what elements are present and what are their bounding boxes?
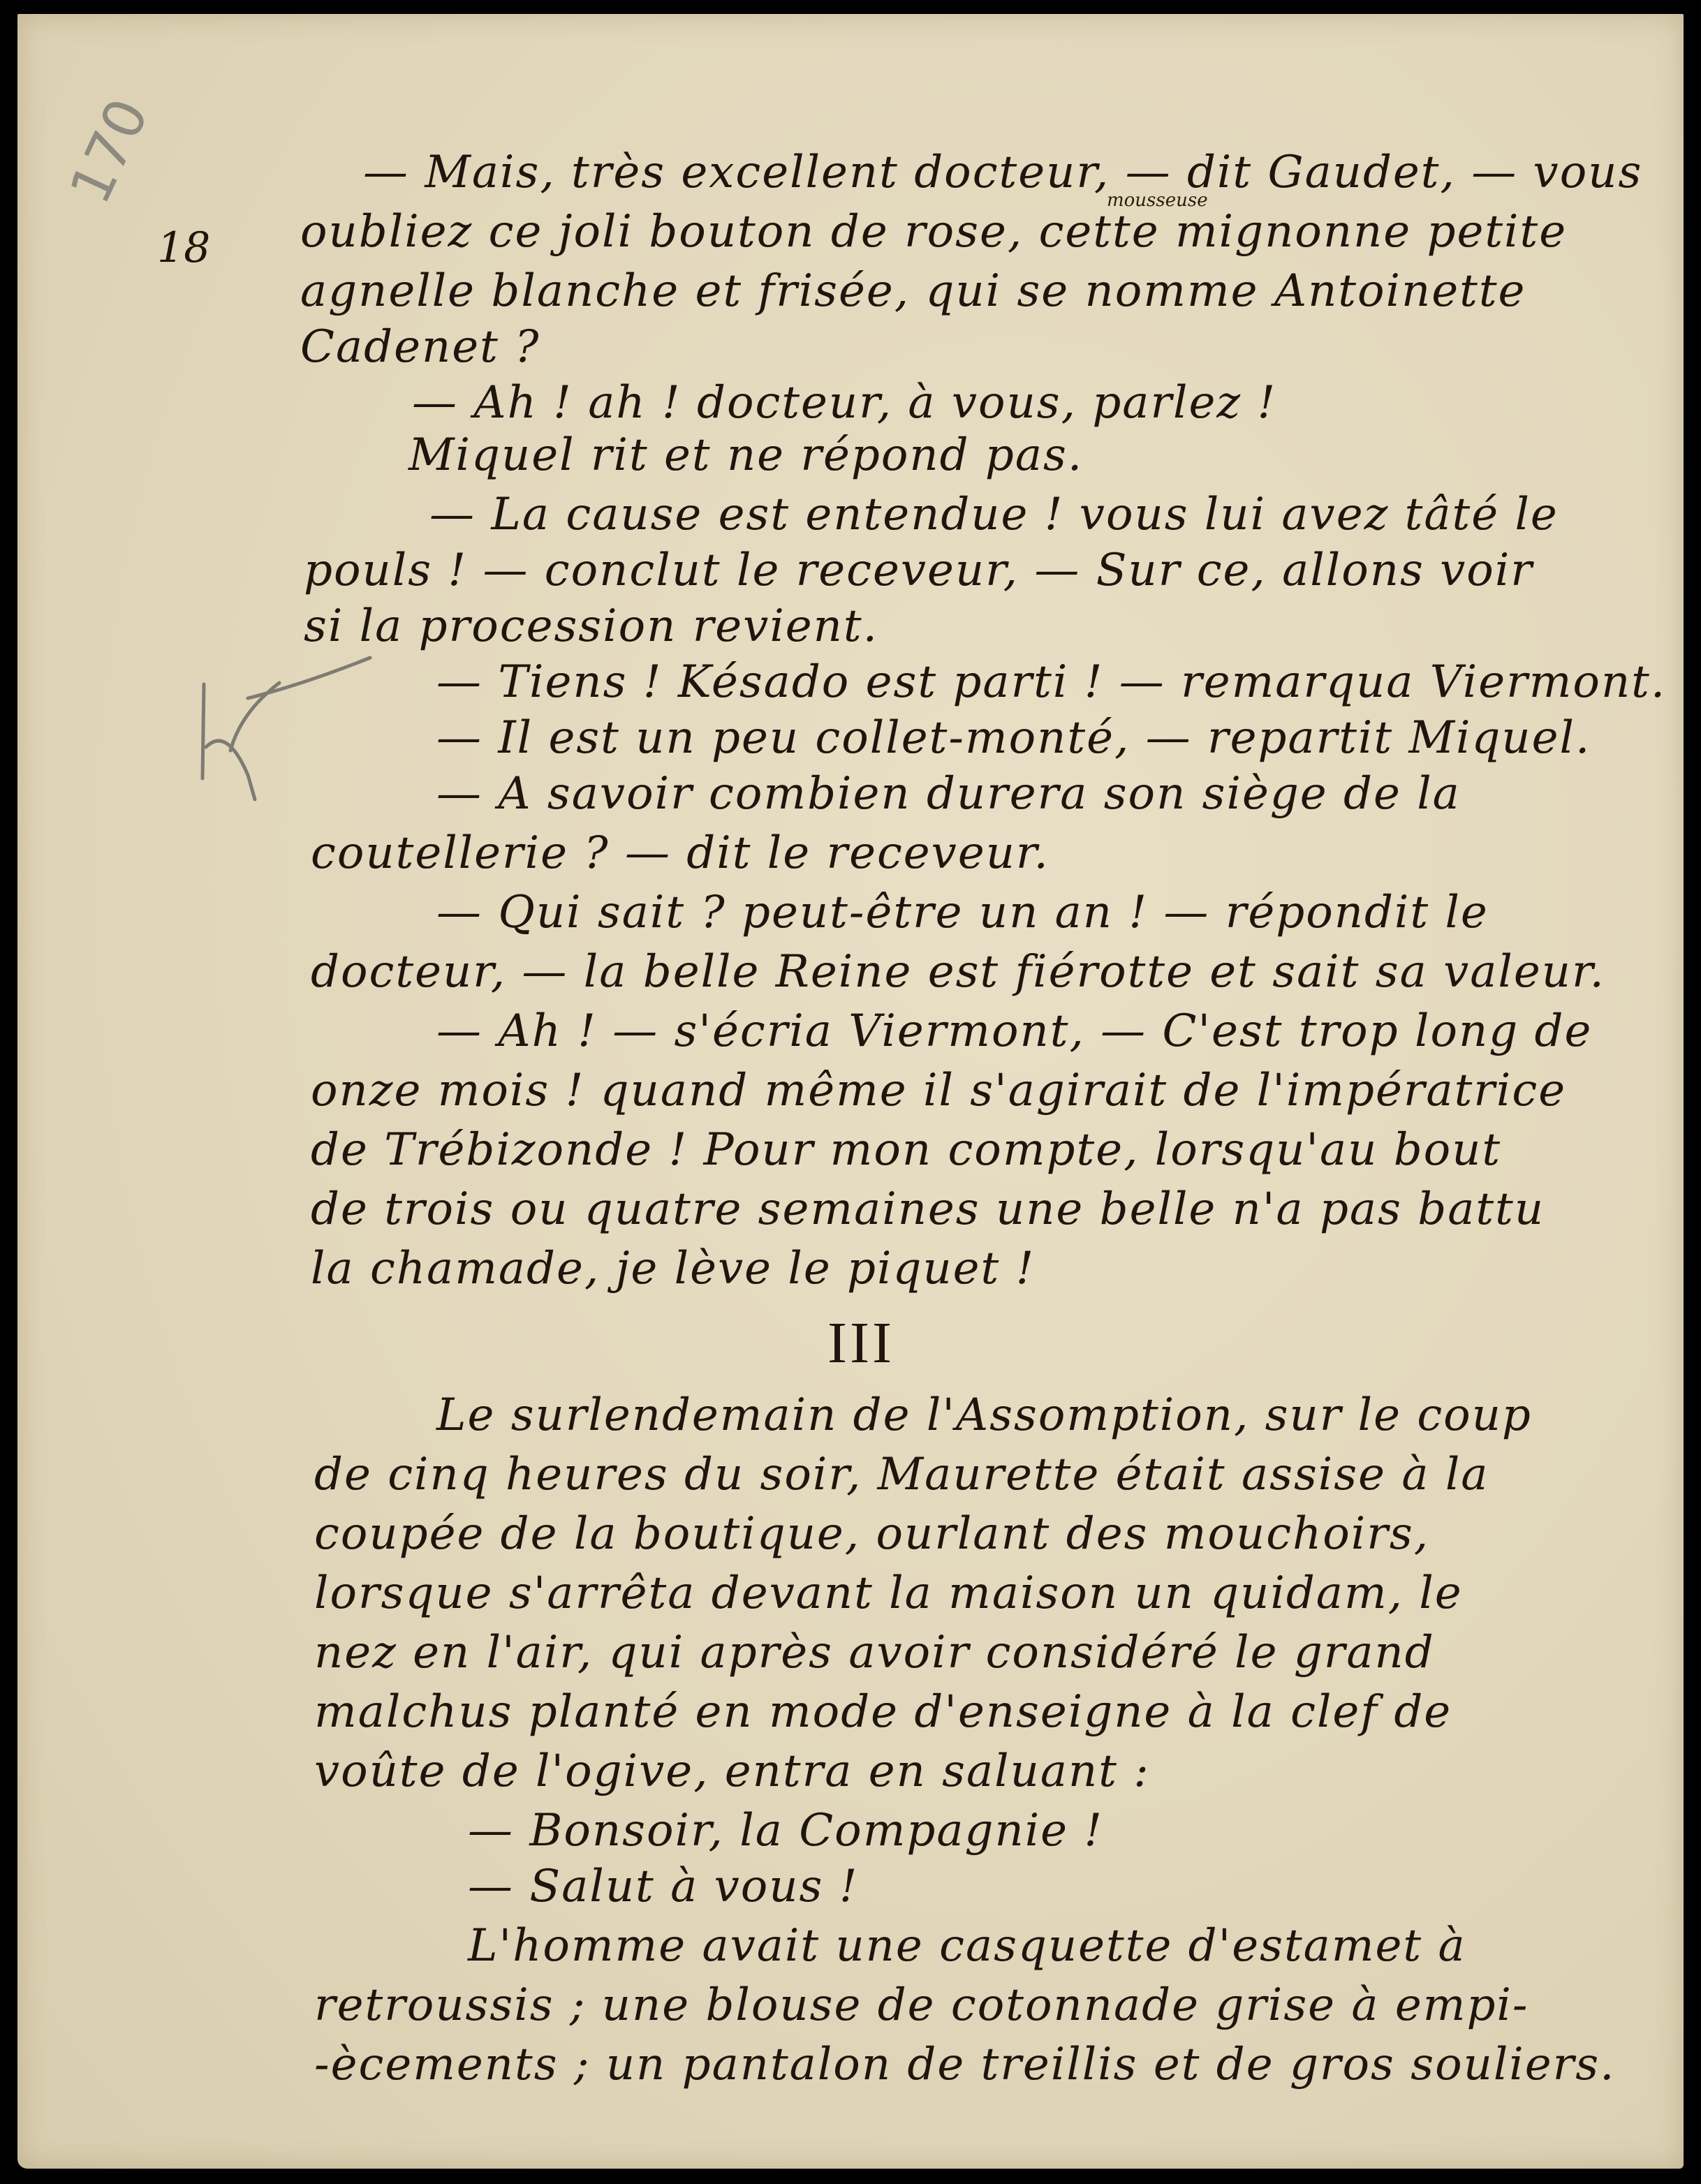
folio-number: 18 — [157, 223, 210, 272]
text-line: docteur, — la belle Reine est fiérotte e… — [311, 946, 1605, 998]
text-line: — Qui sait ? peut-être un an ! — répondi… — [436, 887, 1489, 938]
text-line: de cinq heures du soir, Maurette était a… — [314, 1449, 1489, 1500]
text-line: malchus planté en mode d'enseigne à la c… — [314, 1686, 1452, 1738]
text-line: — Tiens ! Késado est parti ! — remarqua … — [436, 656, 1666, 708]
text-line: L'homme avait une casquette d'estamet à — [468, 1920, 1466, 1972]
text-line: Cadenet ? — [300, 321, 540, 373]
text-line: de Trébizonde ! Pour mon compte, lorsqu'… — [311, 1124, 1501, 1176]
text-line: — Salut à vous ! — [468, 1861, 858, 1912]
text-line: pouls ! — conclut le receveur, — Sur ce,… — [304, 545, 1533, 596]
pencil-archive-number: 170 — [57, 89, 161, 214]
text-line: — Bonsoir, la Compagnie ! — [468, 1805, 1103, 1857]
text-line: si la procession revient. — [304, 600, 878, 652]
text-line: Le surlendemain de l'Assomption, sur le … — [436, 1389, 1532, 1441]
text-line: retroussis ; une blouse de cotonnade gri… — [314, 1979, 1529, 2031]
text-line: — Mais, très excellent docteur, — dit Ga… — [363, 147, 1642, 198]
text-line: coutellerie ? — dit le receveur. — [311, 827, 1050, 879]
section-heading: III — [827, 1309, 894, 1377]
text-line: de trois ou quatre semaines une belle n'… — [311, 1183, 1545, 1235]
text-line: lorsque s'arrêta devant la maison un qui… — [314, 1567, 1463, 1619]
text-line: coupée de la boutique, ourlant des mouch… — [314, 1508, 1429, 1560]
text-line: la chamade, je lève le piquet ! — [311, 1243, 1035, 1294]
manuscript-page: 170 18 — Mais, très excellent docteur, —… — [17, 14, 1684, 2169]
text-line: — Il est un peu collet-monté, — repartit… — [436, 712, 1591, 764]
text-line: oubliez ce joli bouton de rose, cette mi… — [300, 206, 1567, 258]
text-line: onze mois ! quand même il s'agirait de l… — [311, 1065, 1566, 1116]
text-line: -ècements ; un pantalon de treillis et d… — [314, 2039, 1615, 2090]
text-line: — Ah ! ah ! docteur, à vous, parlez ! — [412, 377, 1276, 429]
text-line: nez en l'air, qui après avoir considéré … — [314, 1627, 1435, 1678]
text-line: Miquel rit et ne répond pas. — [408, 429, 1083, 481]
text-line: agnelle blanche et frisée, qui se nomme … — [300, 265, 1526, 317]
text-line: voûte de l'ogive, entra en saluant : — [314, 1746, 1150, 1797]
text-line: — Ah ! — s'écria Viermont, — C'est trop … — [436, 1005, 1592, 1057]
text-line: — La cause est entendue ! vous lui avez … — [429, 489, 1559, 540]
text-line: — A savoir combien durera son siège de l… — [436, 768, 1461, 820]
pencil-margin-mark-icon — [178, 635, 381, 803]
